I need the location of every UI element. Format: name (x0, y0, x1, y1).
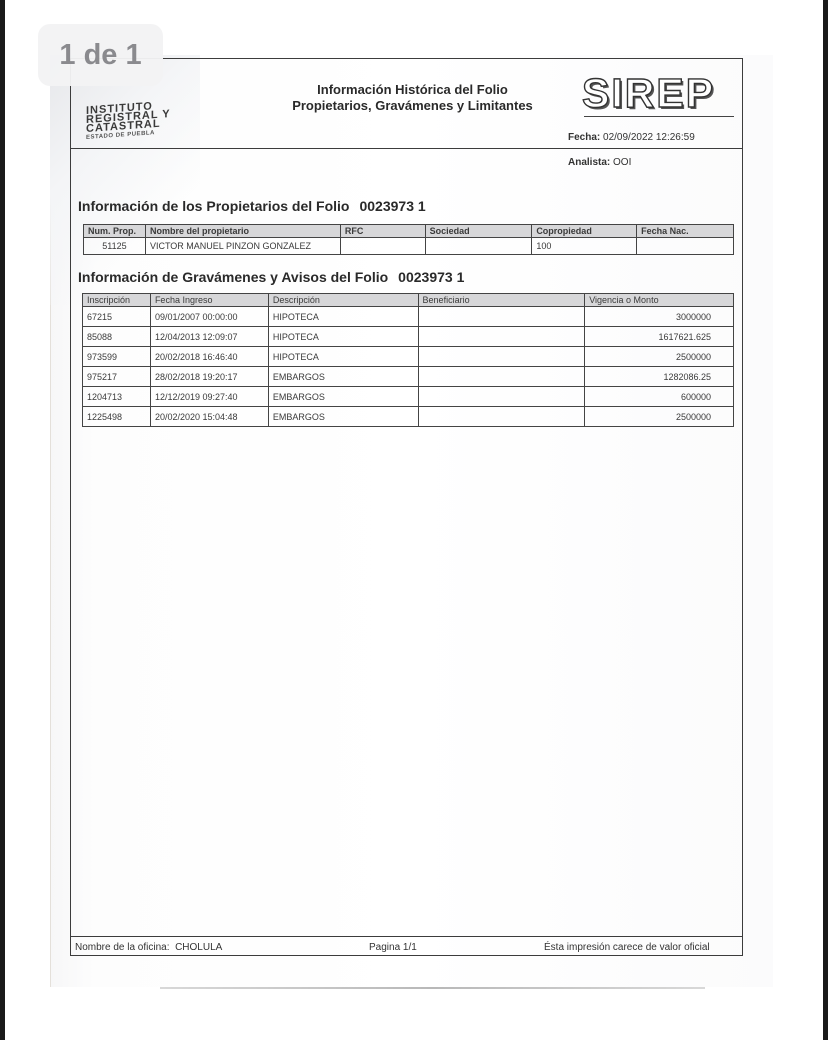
column-header: RFC (340, 225, 425, 238)
table-cell: EMBARGOS (268, 407, 418, 427)
table-cell (425, 238, 532, 255)
table-cell: 67215 (83, 307, 151, 327)
column-header: Copropiedad (532, 225, 637, 238)
table-cell (637, 238, 734, 255)
table-row: 8508812/04/2013 12:09:07HIPOTECA1617621.… (83, 327, 734, 347)
table-cell: 1204713 (83, 387, 151, 407)
column-header: Descripción (268, 294, 418, 307)
table-cell: EMBARGOS (268, 387, 418, 407)
table-cell: 28/02/2018 19:20:17 (150, 367, 268, 387)
table-cell: 3000000 (585, 307, 734, 327)
page-number: Pagina 1/1 (369, 942, 417, 953)
table-cell: EMBARGOS (268, 367, 418, 387)
table-cell (418, 387, 585, 407)
document-frame (70, 58, 743, 956)
column-header: Nombre del propietario (145, 225, 340, 238)
column-header: Vigencia o Monto (585, 294, 734, 307)
table-cell (418, 347, 585, 367)
table-cell: 20/02/2020 15:04:48 (150, 407, 268, 427)
table-cell: 85088 (83, 327, 151, 347)
column-header: Fecha Ingreso (150, 294, 268, 307)
table-cell: 600000 (585, 387, 734, 407)
window-edge-right (823, 0, 828, 1040)
table-cell: 2500000 (585, 347, 734, 367)
owners-section-title: Información de los Propietarios del Foli… (78, 198, 426, 214)
print-date: Fecha: 02/09/2022 12:26:59 (568, 132, 695, 143)
table-cell: VICTOR MANUEL PINZON GONZALEZ (145, 238, 340, 255)
window-edge-left (0, 0, 5, 1040)
table-cell: 09/01/2007 00:00:00 (150, 307, 268, 327)
table-row: 51125VICTOR MANUEL PINZON GONZALEZ100 (84, 238, 734, 255)
table-cell: 51125 (84, 238, 146, 255)
table-row: 6721509/01/2007 00:00:00HIPOTECA3000000 (83, 307, 734, 327)
table-row: 97359920/02/2018 16:46:40HIPOTECA2500000 (83, 347, 734, 367)
table-cell: 973599 (83, 347, 151, 367)
table-cell (340, 238, 425, 255)
header-divider (71, 148, 742, 149)
table-cell: 1617621.625 (585, 327, 734, 347)
footer-divider (71, 936, 742, 937)
table-cell: 2500000 (585, 407, 734, 427)
owners-table: Num. Prop.Nombre del propietarioRFCSocie… (83, 224, 734, 255)
analyst: Analista: OOI (568, 157, 631, 168)
column-header: Sociedad (425, 225, 532, 238)
column-header: Fecha Nac. (637, 225, 734, 238)
table-cell (418, 367, 585, 387)
table-cell: HIPOTECA (268, 307, 418, 327)
table-cell: 20/02/2018 16:46:40 (150, 347, 268, 367)
table-cell: 1225498 (83, 407, 151, 427)
disclaimer: Ésta impresión carece de valor oficial (544, 942, 710, 953)
liens-header-row: InscripciónFecha IngresoDescripciónBenef… (83, 294, 734, 307)
table-cell: 975217 (83, 367, 151, 387)
column-header: Num. Prop. (84, 225, 146, 238)
table-cell: HIPOTECA (268, 327, 418, 347)
liens-section-title: Información de Gravámenes y Avisos del F… (78, 269, 464, 285)
brand-underline (584, 116, 734, 117)
owners-header-row: Num. Prop.Nombre del propietarioRFCSocie… (84, 225, 734, 238)
table-cell: 12/04/2013 12:09:07 (150, 327, 268, 347)
table-cell: HIPOTECA (268, 347, 418, 367)
table-cell (418, 407, 585, 427)
institute-logo: INSTITUTO REGISTRAL Y CATASTRAL ESTADO D… (86, 101, 171, 143)
paper-bottom-edge (160, 987, 705, 989)
document-title: Información Histórica del Folio Propieta… (270, 82, 555, 114)
table-row: 120471312/12/2019 09:27:40EMBARGOS600000 (83, 387, 734, 407)
column-header: Inscripción (83, 294, 151, 307)
table-cell (418, 327, 585, 347)
table-cell: 12/12/2019 09:27:40 (150, 387, 268, 407)
column-header: Beneficiario (418, 294, 585, 307)
table-cell: 100 (532, 238, 637, 255)
table-row: 122549820/02/2020 15:04:48EMBARGOS250000… (83, 407, 734, 427)
table-cell (418, 307, 585, 327)
sirep-logo: SIREP (582, 70, 715, 117)
office-name: Nombre de la oficina: CHOLULA (75, 942, 222, 953)
page-indicator: 1 de 1 (38, 24, 163, 86)
liens-table: InscripciónFecha IngresoDescripciónBenef… (82, 293, 734, 427)
table-cell: 1282086.25 (585, 367, 734, 387)
table-row: 97521728/02/2018 19:20:17EMBARGOS1282086… (83, 367, 734, 387)
